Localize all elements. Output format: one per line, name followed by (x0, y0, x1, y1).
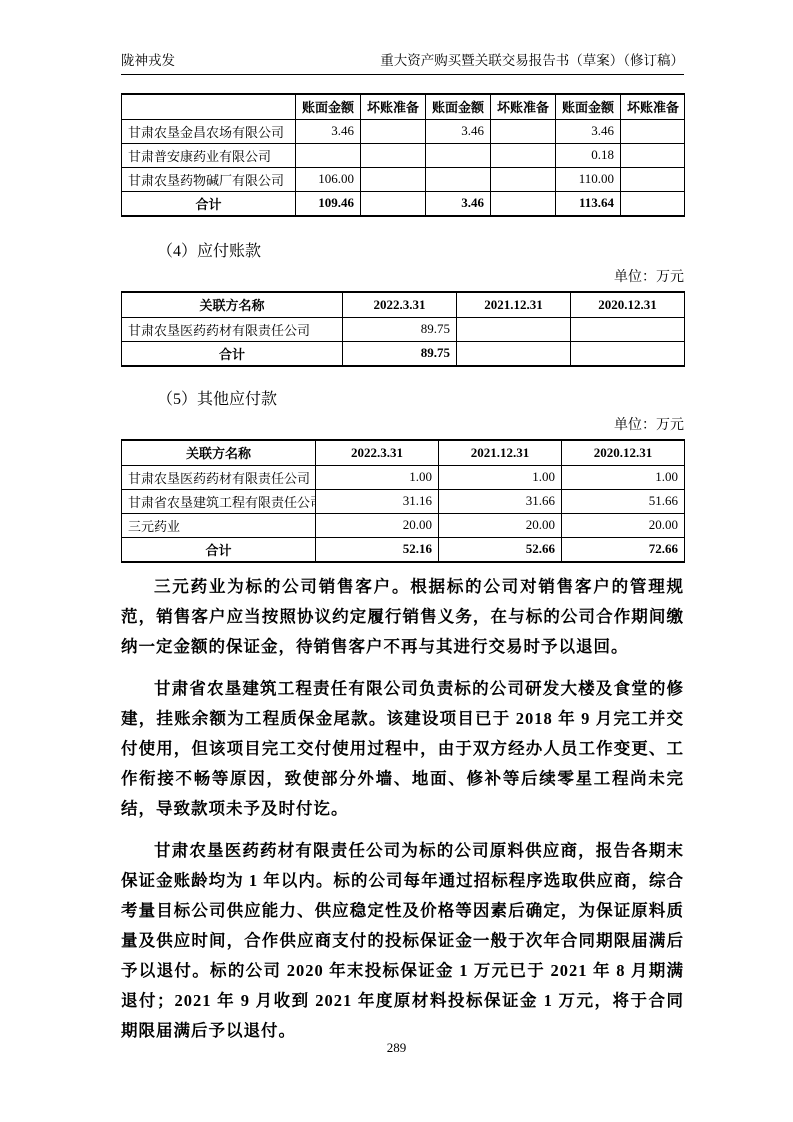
table-header-row: 关联方名称2022.3.312021.12.312020.12.31 (122, 292, 685, 317)
amount-cell: 1.00 (562, 465, 685, 489)
column-header: 关联方名称 (122, 292, 343, 317)
amount-cell: 3.46 (426, 191, 491, 216)
amount-cell (571, 341, 685, 366)
amount-cell (491, 167, 556, 191)
related-party-name-cell: 合计 (122, 537, 316, 562)
column-header: 2020.12.31 (571, 292, 685, 317)
paragraph-construction-retention: 甘肃省农垦建筑工程责任有限公司负责标的公司研发大楼及食堂的修建，挂账余额为工程质… (121, 674, 684, 824)
amount-cell: 31.66 (439, 489, 562, 513)
amount-cell: 113.64 (556, 191, 621, 216)
paragraph-supplier-bid-deposit: 甘肃农垦医药药材有限责任公司为标的公司原料供应商，报告各期末保证金账龄均为 1 … (121, 836, 684, 1046)
amount-cell: 72.66 (562, 537, 685, 562)
amount-cell (491, 191, 556, 216)
table-total-row: 合计89.75 (122, 341, 685, 366)
column-header: 2021.12.31 (457, 292, 571, 317)
amount-cell: 109.46 (296, 191, 361, 216)
amount-cell: 52.16 (316, 537, 439, 562)
table-row: 甘肃农垦药物碱厂有限公司106.00110.00 (122, 167, 685, 191)
amount-cell: 89.75 (343, 317, 457, 341)
section-heading-accounts-payable: （4）应付账款 (121, 242, 684, 262)
related-party-name-cell: 甘肃农垦医药药材有限责任公司 (122, 465, 316, 489)
document-page: 陇神戎发 重大资产购买暨关联交易报告书（草案）（修订稿） 账面金额坏账准备账面金… (0, 0, 793, 1122)
table-total-row: 合计109.463.46113.64 (122, 191, 685, 216)
table-row: 甘肃省农垦建筑工程有限责任公司31.1631.6651.66 (122, 489, 685, 513)
column-header: 坏账准备 (361, 94, 426, 119)
running-header: 陇神戎发 重大资产购买暨关联交易报告书（草案）（修订稿） (121, 0, 684, 75)
table-row: 甘肃普安康药业有限公司0.18 (122, 143, 685, 167)
amount-cell (361, 191, 426, 216)
amount-cell (491, 119, 556, 143)
amount-cell: 3.46 (296, 119, 361, 143)
column-header: 账面金额 (556, 94, 621, 119)
amount-cell (621, 143, 685, 167)
related-party-name-cell: 合计 (122, 341, 343, 366)
bad-debt-provision-table: 账面金额坏账准备账面金额坏账准备账面金额坏账准备甘肃农垦金昌农场有限公司3.46… (121, 93, 685, 217)
amount-cell: 52.66 (439, 537, 562, 562)
other-payables-table: 关联方名称2022.3.312021.12.312020.12.31甘肃农垦医药… (121, 439, 685, 563)
paragraph-sanyuan-deposit: 三元药业为标的公司销售客户。根据标的公司对销售客户的管理规范，销售客户应当按照协… (121, 572, 684, 662)
amount-cell (621, 119, 685, 143)
amount-cell: 1.00 (316, 465, 439, 489)
related-party-name-cell: 甘肃普安康药业有限公司 (122, 143, 296, 167)
column-header: 坏账准备 (491, 94, 556, 119)
amount-cell (621, 167, 685, 191)
section-heading-other-payables: （5）其他应付款 (121, 390, 684, 410)
related-party-name-cell: 甘肃省农垦建筑工程有限责任公司 (122, 489, 316, 513)
table-row: 三元药业20.0020.0020.00 (122, 513, 685, 537)
column-header: 2022.3.31 (343, 292, 457, 317)
accounts-payable-table: 关联方名称2022.3.312021.12.312020.12.31甘肃农垦医药… (121, 291, 685, 367)
amount-cell: 20.00 (316, 513, 439, 537)
amount-cell (457, 317, 571, 341)
amount-cell: 89.75 (343, 341, 457, 366)
related-party-name-cell: 甘肃农垦药物碱厂有限公司 (122, 167, 296, 191)
amount-cell (361, 119, 426, 143)
amount-cell (621, 191, 685, 216)
page-content: 陇神戎发 重大资产购买暨关联交易报告书（草案）（修订稿） 账面金额坏账准备账面金… (121, 0, 684, 1046)
amount-cell: 31.16 (316, 489, 439, 513)
related-party-name-cell: 三元药业 (122, 513, 316, 537)
table-header-row: 关联方名称2022.3.312021.12.312020.12.31 (122, 440, 685, 465)
table-header-row: 账面金额坏账准备账面金额坏账准备账面金额坏账准备 (122, 94, 685, 119)
amount-cell: 110.00 (556, 167, 621, 191)
table-total-row: 合计52.1652.6672.66 (122, 537, 685, 562)
amount-cell (361, 167, 426, 191)
column-header: 2022.3.31 (316, 440, 439, 465)
amount-cell (491, 143, 556, 167)
header-report-title: 重大资产购买暨关联交易报告书（草案）（修订稿） (380, 52, 684, 70)
unit-label-accounts-payable: 单位：万元 (121, 269, 684, 287)
column-header (122, 94, 296, 119)
amount-cell (426, 167, 491, 191)
column-header: 2020.12.31 (562, 440, 685, 465)
amount-cell (457, 341, 571, 366)
amount-cell: 3.46 (556, 119, 621, 143)
column-header: 账面金额 (426, 94, 491, 119)
amount-cell (571, 317, 685, 341)
unit-label-other-payables: 单位：万元 (121, 417, 684, 435)
amount-cell: 51.66 (562, 489, 685, 513)
amount-cell: 3.46 (426, 119, 491, 143)
amount-cell (361, 143, 426, 167)
column-header: 坏账准备 (621, 94, 685, 119)
column-header: 2021.12.31 (439, 440, 562, 465)
table-row: 甘肃农垦金昌农场有限公司3.463.463.46 (122, 119, 685, 143)
amount-cell: 1.00 (439, 465, 562, 489)
amount-cell: 106.00 (296, 167, 361, 191)
related-party-name-cell: 甘肃农垦金昌农场有限公司 (122, 119, 296, 143)
related-party-name-cell: 合计 (122, 191, 296, 216)
amount-cell (296, 143, 361, 167)
column-header: 关联方名称 (122, 440, 316, 465)
table-row: 甘肃农垦医药药材有限责任公司1.001.001.00 (122, 465, 685, 489)
amount-cell (426, 143, 491, 167)
header-company-name: 陇神戎发 (121, 52, 175, 70)
amount-cell: 0.18 (556, 143, 621, 167)
related-party-name-cell: 甘肃农垦医药药材有限责任公司 (122, 317, 343, 341)
table-row: 甘肃农垦医药药材有限责任公司89.75 (122, 317, 685, 341)
column-header: 账面金额 (296, 94, 361, 119)
amount-cell: 20.00 (439, 513, 562, 537)
page-number: 289 (0, 1040, 793, 1056)
amount-cell: 20.00 (562, 513, 685, 537)
